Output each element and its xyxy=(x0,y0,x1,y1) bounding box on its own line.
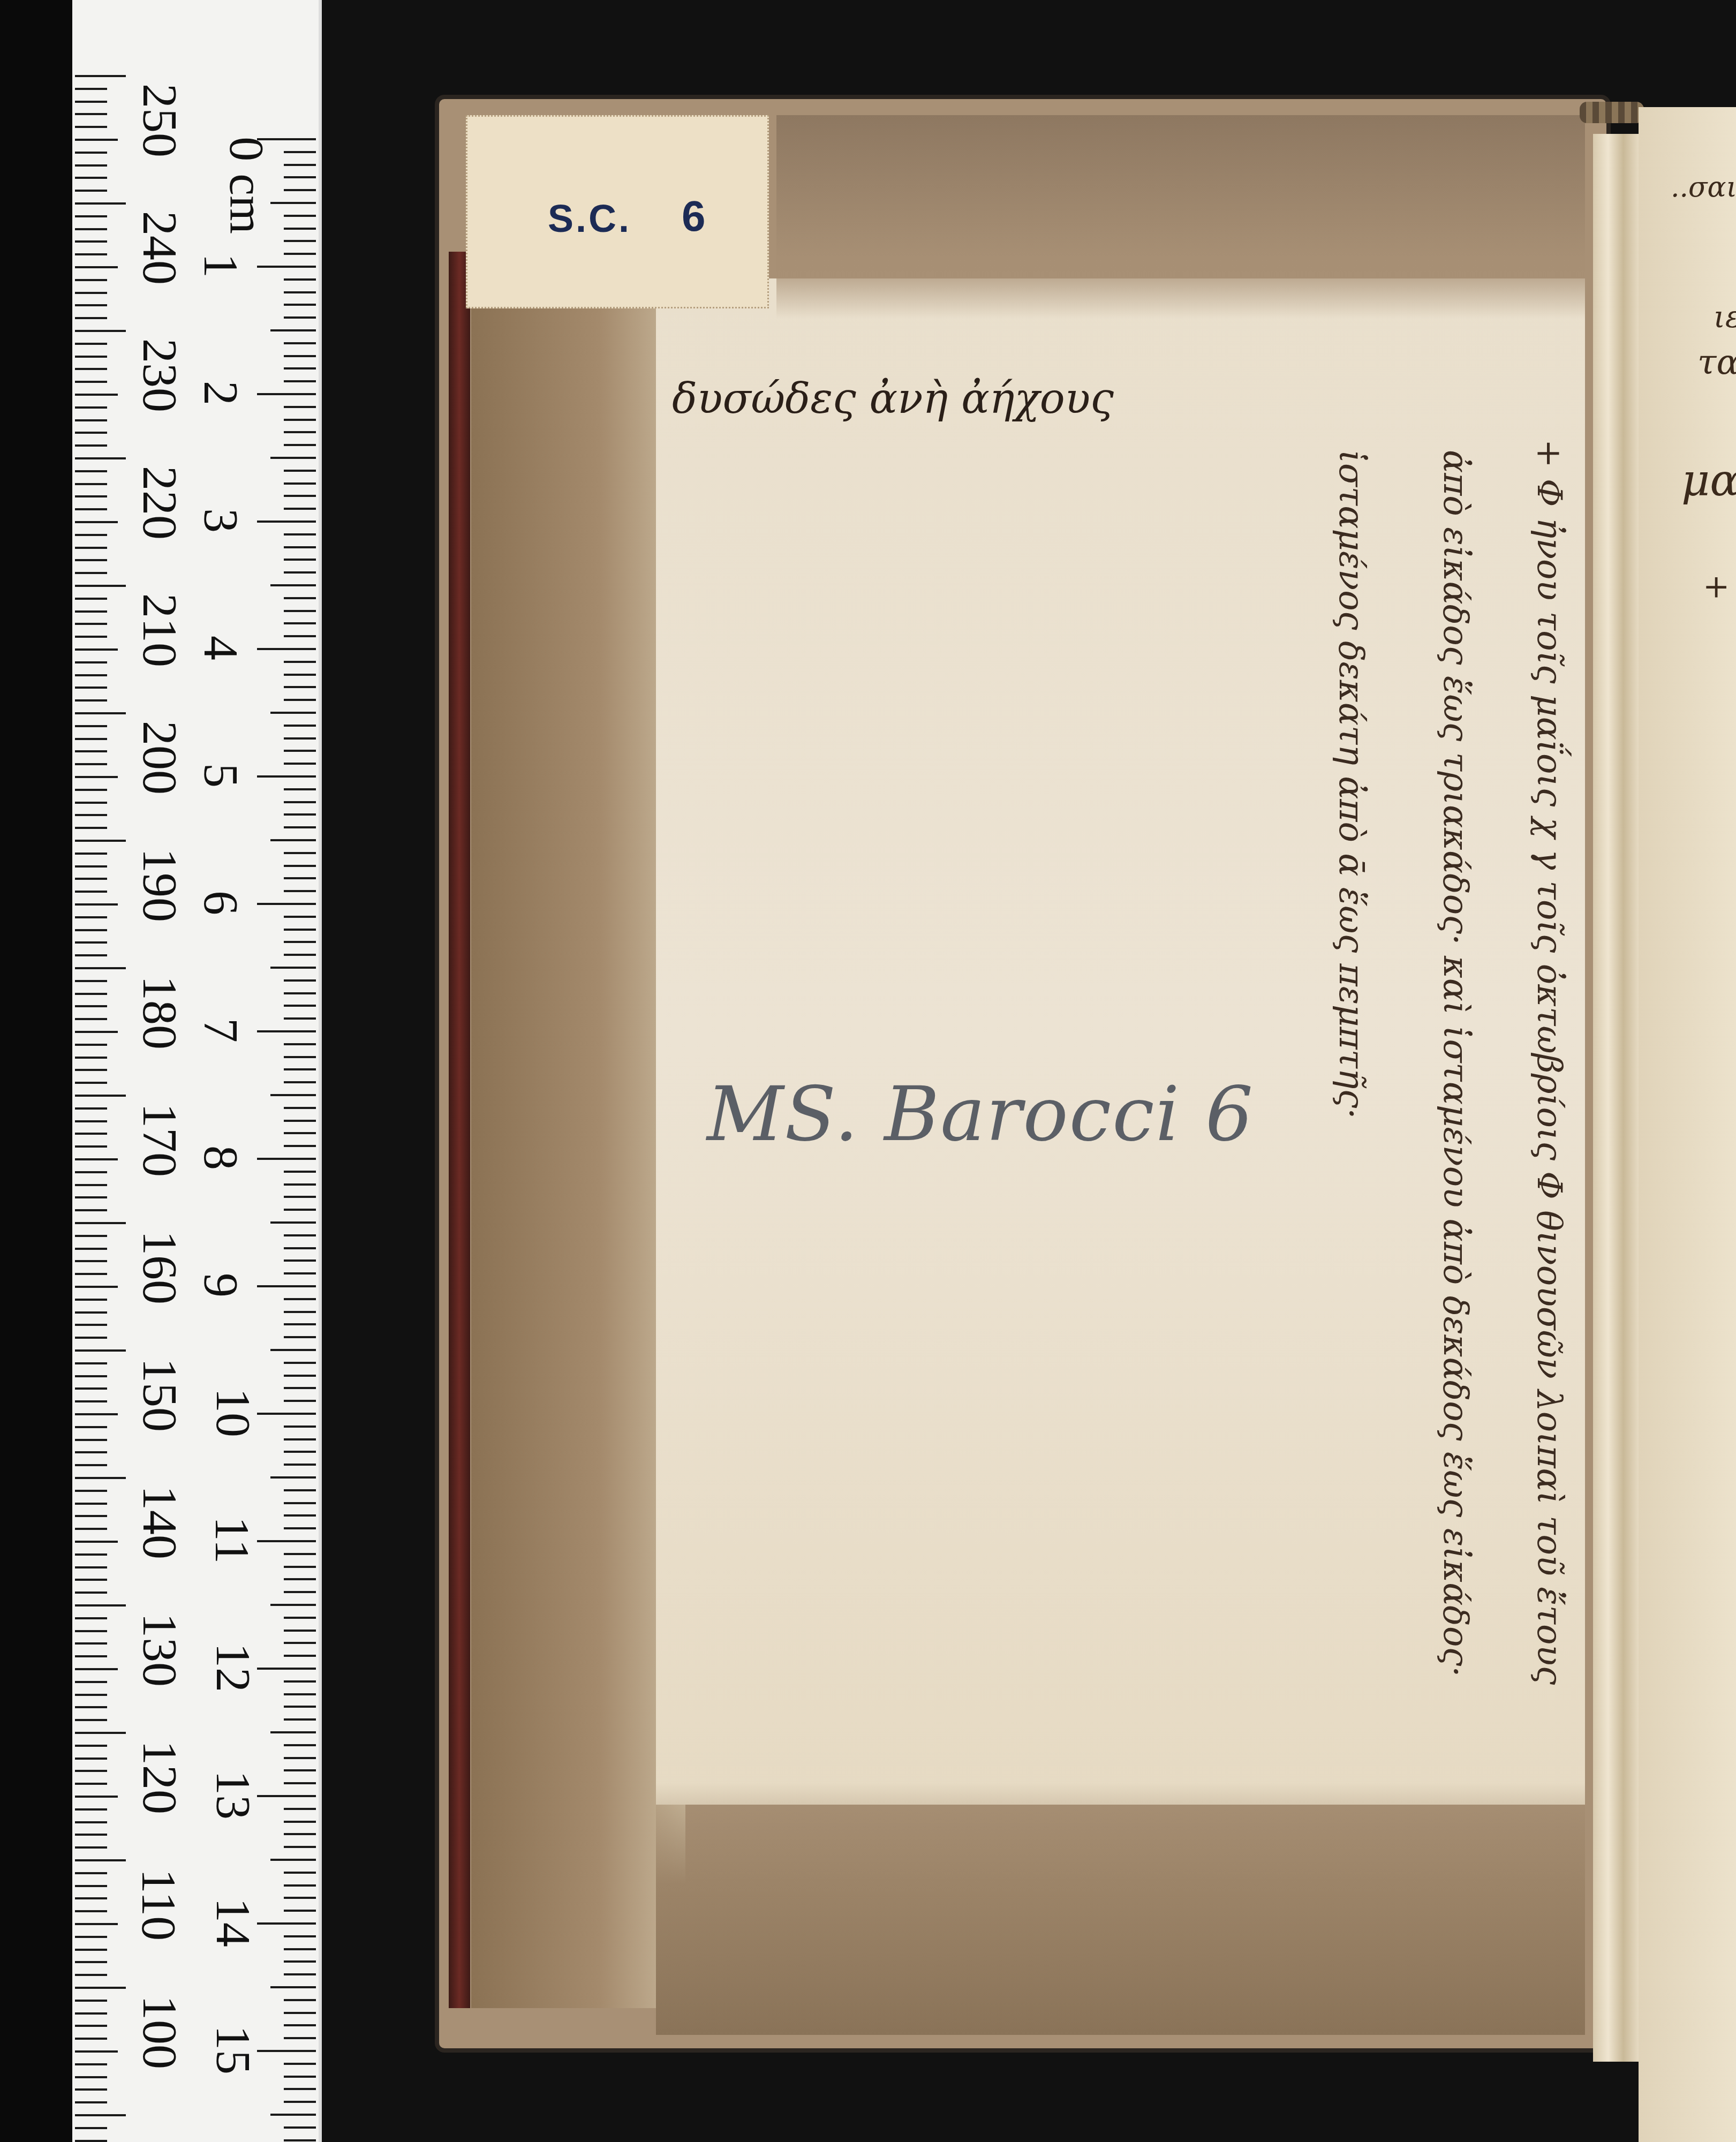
ruler-tick-mm-side xyxy=(75,699,107,702)
ruler-tick-cm-side xyxy=(284,852,316,854)
ruler-tick-mm-side xyxy=(75,1095,126,1097)
ruler-tick-cm-side xyxy=(257,1795,316,1797)
ruler-tick-cm-side xyxy=(284,1948,316,1950)
ruler-tick-mm-side xyxy=(75,1324,107,1326)
ruler-tick-mm-side xyxy=(75,1808,107,1811)
facing-fragment-5: + xyxy=(1703,568,1730,605)
ruler-tick-cm-side xyxy=(284,1336,316,1338)
ruler-mm-label: 130 xyxy=(135,1613,185,1687)
ruler-tick-mm-side xyxy=(75,1617,107,1619)
ruler-mm-label: 210 xyxy=(135,593,185,667)
ruler-tick-cm-side xyxy=(284,954,316,956)
ruler-tick-mm-side xyxy=(75,240,107,243)
ruler-tick-cm-side xyxy=(284,1017,316,1020)
ruler-tick-mm-side xyxy=(75,1209,107,1211)
ruler-tick-mm-side xyxy=(75,432,107,434)
ruler-tick-mm-side xyxy=(75,2088,107,2091)
ruler-tick-cm-side xyxy=(284,699,316,701)
background-left xyxy=(0,0,72,2142)
ruler-tick-cm-side xyxy=(284,2037,316,2039)
ruler-tick-mm-side xyxy=(75,483,107,485)
ruler-tick-cm-side xyxy=(284,1298,316,1300)
ruler-tick-cm-side xyxy=(270,1221,316,1224)
ruler-tick-mm-side xyxy=(75,1541,118,1543)
ruler-tick-mm-side xyxy=(75,292,107,294)
ruler-tick-mm-side xyxy=(75,891,107,893)
ruler-tick-mm-side xyxy=(75,1375,107,1377)
ruler-tick-mm-side xyxy=(75,1387,107,1390)
ruler-cm-label: 2 xyxy=(197,381,246,405)
ruler-unit-label: 0 cm xyxy=(222,137,271,233)
ruler-tick-cm-side xyxy=(284,278,316,281)
ruler-tick-mm-side xyxy=(75,827,107,829)
ruler-tick-mm-side xyxy=(75,1694,107,1696)
ruler-tick-mm-side xyxy=(75,75,126,77)
ruler-tick-mm-side xyxy=(75,1400,107,1402)
ruler-tick-cm-side xyxy=(284,164,316,166)
ruler-tick-mm-side xyxy=(75,1158,118,1160)
spine-gutter xyxy=(1593,134,1639,2062)
ruler-tick-cm-side xyxy=(284,1884,316,1887)
ruler-tick-mm-side xyxy=(75,1184,107,1186)
ruler-tick-mm-side xyxy=(75,980,107,982)
ruler-tick-cm-side xyxy=(270,457,316,459)
ruler-tick-mm-side xyxy=(75,1451,107,1453)
ruler-tick-mm-side xyxy=(75,1706,107,1708)
ruler-cm-label: 8 xyxy=(197,1145,246,1170)
ruler-tick-mm-side xyxy=(75,1961,107,1963)
ruler-tick-cm-side xyxy=(270,839,316,841)
ruler-tick-cm-side xyxy=(270,1476,316,1479)
ruler-tick-cm-side xyxy=(284,725,316,727)
ruler-tick-cm-side xyxy=(257,138,316,140)
vertical-note-line-3: ἱσταμένος δεκάτη ἀπὸ ᾱ ἕως πεμπτῆς· xyxy=(1331,450,1371,1119)
ruler-tick-cm-side xyxy=(284,1655,316,1657)
ruler-tick-mm-side xyxy=(75,521,118,523)
ruler-cm-label: 4 xyxy=(197,636,246,660)
ruler-tick-mm-side xyxy=(75,1133,107,1135)
ruler-cm-label: 13 xyxy=(209,1770,258,1820)
ruler-tick-mm-side xyxy=(75,394,118,396)
ruler-tick-cm-side xyxy=(284,737,316,740)
ruler-cm-label: 6 xyxy=(197,891,246,915)
ruler-tick-cm-side xyxy=(284,929,316,931)
ruler-tick-cm-side xyxy=(284,763,316,765)
ruler-tick-mm-side xyxy=(75,636,107,638)
ruler-tick-cm-side xyxy=(284,1171,316,1173)
ruler-tick-cm-side xyxy=(284,865,316,867)
ruler-tick-mm-side xyxy=(75,1872,107,1874)
ruler-tick-cm-side xyxy=(284,1005,316,1007)
ruler-tick-cm-side xyxy=(284,1323,316,1325)
ruler-tick-cm-side xyxy=(257,1413,316,1415)
ruler-cm-label: 12 xyxy=(209,1643,258,1692)
ruler-tick-mm-side xyxy=(75,916,107,918)
ruler-tick-cm-side xyxy=(284,1872,316,1874)
ruler-tick-cm-side xyxy=(284,610,316,612)
ruler-tick-mm-side xyxy=(75,1923,118,1925)
ruler-tick-cm-side xyxy=(257,1540,316,1542)
ruler-tick-cm-side xyxy=(284,1056,316,1058)
ruler-tick-mm-side xyxy=(75,253,107,255)
ruler-tick-cm-side xyxy=(284,1833,316,1835)
ruler-tick-mm-side xyxy=(75,495,107,497)
ruler-tick-cm-side xyxy=(284,151,316,153)
ruler-tick-cm-side xyxy=(284,1145,316,1147)
ruler-cm-label: 7 xyxy=(197,1018,246,1043)
ruler-tick-cm-side xyxy=(284,189,316,191)
ruler-tick-mm-side xyxy=(75,1120,107,1122)
ruler-tick-cm-side xyxy=(270,1349,316,1351)
ruler-tick-mm-side xyxy=(75,317,107,319)
ruler-tick-cm-side xyxy=(284,1630,316,1632)
ruler-tick-cm-side xyxy=(257,903,316,905)
ruler-mm-label: 250 xyxy=(135,84,185,157)
ruler-tick-mm-side xyxy=(75,1579,107,1581)
ruler-tick-cm-side xyxy=(284,1578,316,1580)
ruler-tick-cm-side xyxy=(284,355,316,357)
ruler-tick-cm-side xyxy=(284,482,316,485)
ruler-tick-cm-side xyxy=(284,1375,316,1377)
ruler-tick-cm-side xyxy=(284,992,316,994)
ruler-tick-mm-side xyxy=(75,101,107,103)
ruler-tick-mm-side xyxy=(75,674,107,676)
ruler-mm-label: 200 xyxy=(135,721,185,795)
water-stain-bottom xyxy=(656,1783,1585,2035)
ruler-tick-mm-side xyxy=(75,1426,107,1428)
ruler-tick-cm-side xyxy=(284,890,316,892)
shelf-label-prefix: S.C. xyxy=(548,197,631,241)
ruler-tick-cm-side xyxy=(284,750,316,752)
ruler-tick-cm-side xyxy=(284,1693,316,1695)
pencil-shelfmark: MS. Barocci 6 xyxy=(707,1071,1254,1158)
ruler-tick-cm-side xyxy=(284,1514,316,1517)
ruler-tick-mm-side xyxy=(75,623,107,625)
ruler-tick-cm-side xyxy=(284,1362,316,1364)
ruler-tick-cm-side xyxy=(270,1604,316,1606)
ruler-mm-label: 160 xyxy=(135,1231,185,1304)
vertical-note-line-1: + Φ ἠνου τοῖς μαΐοις χ γ τοῖς ὀκτωβρίοις… xyxy=(1529,439,1569,1685)
ruler-tick-cm-side xyxy=(284,1808,316,1810)
ruler-tick-cm-side xyxy=(257,521,316,523)
ruler-tick-mm-side xyxy=(75,1171,107,1173)
shelf-label: S.C. 6 xyxy=(466,115,769,308)
ruler-tick-cm-side xyxy=(284,2024,316,2026)
ruler-tick-cm-side xyxy=(284,2012,316,2014)
greek-inscription-top: δυσώδες ἀνὴ ἀήχους xyxy=(672,375,1114,423)
ruler-tick-mm-side xyxy=(75,113,107,115)
ruler-tick-mm-side xyxy=(75,1031,118,1033)
ruler-tick-mm-side xyxy=(75,1758,107,1760)
ruler-tick-mm-side xyxy=(75,330,126,332)
ruler-tick-mm-side xyxy=(75,738,107,740)
ruler-tick-mm-side xyxy=(75,865,107,868)
ruler-tick-mm-side xyxy=(75,1745,107,1747)
ruler-tick-mm-side xyxy=(75,1044,107,1046)
ruler-tick-cm-side xyxy=(284,2139,316,2141)
ruler-tick-mm-side xyxy=(75,814,107,816)
ruler-tick-cm-side xyxy=(270,1986,316,1988)
ruler-tick-cm-side xyxy=(284,2076,316,2078)
ruler-tick-cm-side xyxy=(284,1311,316,1313)
ruler-tick-mm-side xyxy=(75,572,107,574)
ruler-tick-mm-side xyxy=(75,406,107,409)
ruler-tick-mm-side xyxy=(75,853,107,855)
ruler-tick-cm-side xyxy=(284,979,316,982)
ruler-tick-mm-side xyxy=(75,1311,107,1314)
ruler-tick-mm-side xyxy=(75,2114,126,2116)
ruler-cm-label: 9 xyxy=(197,1273,246,1298)
red-board-edge xyxy=(449,252,470,2008)
measuring-ruler: 0 cm 12345678910111213141525024023022021… xyxy=(72,0,322,2142)
ruler-tick-mm-side xyxy=(75,1069,107,1071)
ruler-tick-cm-side xyxy=(284,1566,316,1568)
ruler-tick-cm-side xyxy=(284,1438,316,1440)
ruler-tick-mm-side xyxy=(75,802,107,804)
ruler-tick-mm-side xyxy=(75,941,107,944)
ruler-tick-cm-side xyxy=(284,1502,316,1504)
ruler-tick-mm-side xyxy=(75,2025,107,2027)
ruler-tick-mm-side xyxy=(75,1286,118,1288)
ruler-tick-cm-side xyxy=(284,291,316,293)
water-stain-left xyxy=(471,241,685,2008)
ruler-tick-mm-side xyxy=(75,1503,107,1505)
ruler-tick-cm-side xyxy=(284,495,316,497)
ruler-tick-mm-side xyxy=(75,1248,107,1250)
ruler-tick-cm-side xyxy=(284,826,316,828)
ruler-tick-mm-side xyxy=(75,1655,107,1657)
ruler-mm-label: 190 xyxy=(135,848,185,922)
ruler-tick-mm-side xyxy=(75,279,107,281)
facing-fragment-1: ..σαι.. xyxy=(1671,171,1736,203)
ruler-tick-cm-side xyxy=(284,1897,316,1899)
ruler-tick-mm-side xyxy=(75,1949,107,1951)
ruler-tick-mm-side xyxy=(75,190,107,192)
ruler-mm-label: 140 xyxy=(135,1485,185,1559)
ruler-tick-mm-side xyxy=(75,139,118,141)
ruler-tick-cm-side xyxy=(257,2050,316,2052)
ruler-tick-cm-side xyxy=(284,1259,316,1262)
ruler-tick-mm-side xyxy=(75,1005,107,1007)
ruler-tick-mm-side xyxy=(75,1349,126,1352)
ruler-tick-cm-side xyxy=(284,176,316,178)
ruler-tick-mm-side xyxy=(75,2076,107,2078)
ruler-tick-cm-side xyxy=(284,1617,316,1619)
ruler-tick-mm-side xyxy=(75,1145,107,1148)
ruler-tick-mm-side xyxy=(75,1783,107,1785)
ruler-tick-mm-side xyxy=(75,1834,107,1836)
ruler-tick-mm-side xyxy=(75,1235,107,1237)
ruler-tick-mm-side xyxy=(75,1719,107,1721)
facing-page: ..σαι.. ιε τα ε μαρδ + xyxy=(1639,107,1736,2142)
ruler-tick-mm-side xyxy=(75,202,126,205)
ruler-tick-mm-side xyxy=(75,1630,107,1632)
ruler-mm-label: 240 xyxy=(135,211,185,285)
ruler-tick-mm-side xyxy=(75,598,107,600)
ruler-tick-mm-side xyxy=(75,1770,107,1772)
ruler-tick-mm-side xyxy=(75,1018,107,1020)
ruler-tick-mm-side xyxy=(75,343,107,345)
ruler-tick-mm-side xyxy=(75,2012,107,2015)
ruler-tick-cm-side xyxy=(284,546,316,548)
ruler-tick-mm-side xyxy=(75,1490,107,1492)
ruler-tick-cm-side xyxy=(284,1935,316,1937)
ruler-tick-cm-side xyxy=(284,1107,316,1109)
ruler-tick-cm-side xyxy=(284,1043,316,1045)
ruler-tick-cm-side xyxy=(257,648,316,650)
ruler-tick-mm-side xyxy=(75,1057,107,1059)
ruler-tick-cm-side xyxy=(270,1731,316,1733)
shelf-label-number: 6 xyxy=(682,192,706,241)
ruler-tick-cm-side xyxy=(257,393,316,395)
ruler-tick-mm-side xyxy=(75,1642,107,1645)
ruler-tick-cm-side xyxy=(284,508,316,510)
ruler-tick-mm-side xyxy=(75,1439,107,1441)
ruler-tick-cm-side xyxy=(284,240,316,242)
ruler-tick-mm-side xyxy=(75,508,107,510)
ruler-tick-cm-side xyxy=(284,1400,316,1402)
ruler-tick-mm-side xyxy=(75,1362,107,1364)
facing-fragment-2: ιε xyxy=(1714,300,1736,335)
ruler-tick-cm-side xyxy=(284,1068,316,1070)
ruler-tick-cm-side xyxy=(284,1757,316,1759)
ruler-tick-cm-side xyxy=(284,316,316,319)
ruler-cm-label: 3 xyxy=(197,508,246,533)
ruler-tick-cm-side xyxy=(284,661,316,663)
ruler-tick-cm-side xyxy=(284,1642,316,1644)
ruler-tick-mm-side xyxy=(75,2050,118,2053)
ruler-tick-mm-side xyxy=(75,1936,107,1938)
ruler-tick-cm-side xyxy=(284,941,316,943)
facing-fragment-3: τα ε xyxy=(1697,343,1736,382)
ruler-tick-cm-side xyxy=(270,1859,316,1861)
ruler-tick-mm-side xyxy=(75,1897,107,1899)
ruler-tick-mm-side xyxy=(75,266,118,268)
ruler-tick-mm-side xyxy=(75,444,107,447)
ruler-tick-mm-side xyxy=(75,2101,107,2103)
ruler-tick-mm-side xyxy=(75,1859,126,1861)
ruler-tick-mm-side xyxy=(75,2063,107,2065)
ruler-tick-cm-side xyxy=(270,329,316,331)
ruler-tick-cm-side xyxy=(284,2063,316,2065)
ruler-tick-mm-side xyxy=(75,993,107,995)
ruler-mm-label: 110 xyxy=(134,1869,184,1941)
ruler-tick-mm-side xyxy=(75,215,107,217)
ruler-tick-cm-side xyxy=(284,342,316,344)
ruler-tick-mm-side xyxy=(75,381,107,383)
ruler-tick-cm-side xyxy=(284,380,316,382)
ruler-tick-mm-side xyxy=(75,1477,126,1479)
ruler-tick-cm-side xyxy=(257,1922,316,1925)
ruler-tick-mm-side xyxy=(75,648,118,651)
ruler-tick-cm-side xyxy=(284,559,316,561)
ruler-tick-cm-side xyxy=(284,1846,316,1848)
ruler-tick-cm-side xyxy=(284,367,316,369)
ruler-cm-label: 1 xyxy=(197,253,246,278)
ruler-tick-cm-side xyxy=(284,1999,316,2001)
ruler-tick-mm-side xyxy=(75,2000,107,2002)
ruler-tick-mm-side xyxy=(75,1592,107,1594)
ruler-tick-cm-side xyxy=(284,622,316,624)
ruler-tick-mm-side xyxy=(75,2038,107,2040)
vertical-note-line-2: ἀπὸ εἰκάδος ἕως τριακάδος· καὶ ἱσταμένου… xyxy=(1436,450,1475,1677)
ruler-tick-mm-side xyxy=(75,1974,107,1976)
ruler-tick-cm-side xyxy=(284,1744,316,1746)
ruler-tick-mm-side xyxy=(75,304,107,306)
ruler-tick-cm-side xyxy=(284,1387,316,1389)
ruler-tick-cm-side xyxy=(270,1094,316,1096)
ruler-tick-cm-side xyxy=(284,686,316,688)
ruler-tick-cm-side xyxy=(284,1209,316,1211)
ruler-tick-mm-side xyxy=(75,840,126,842)
ruler-tick-cm-side xyxy=(284,801,316,803)
ruler-tick-mm-side xyxy=(75,559,107,561)
ruler-tick-mm-side xyxy=(75,2127,107,2129)
ruler-tick-cm-side xyxy=(284,674,316,676)
ruler-tick-cm-side xyxy=(270,967,316,969)
ruler-mm-label: 220 xyxy=(135,466,185,540)
ruler-tick-cm-side xyxy=(284,2088,316,2090)
ruler-tick-cm-side xyxy=(284,1183,316,1186)
ruler-tick-cm-side xyxy=(284,2126,316,2129)
ruler-tick-cm-side xyxy=(284,2101,316,2103)
headband xyxy=(1580,102,1644,123)
ruler-tick-mm-side xyxy=(75,1196,107,1198)
ruler-tick-mm-side xyxy=(75,789,107,791)
ruler-tick-cm-side xyxy=(284,533,316,535)
ruler-tick-cm-side xyxy=(284,1821,316,1823)
ruler-tick-cm-side xyxy=(284,1451,316,1453)
ruler-tick-mm-side xyxy=(75,585,126,587)
ruler-tick-mm-side xyxy=(75,1528,107,1530)
ruler-tick-mm-side xyxy=(75,368,107,370)
water-stain-top xyxy=(776,115,1585,319)
ruler-tick-cm-side xyxy=(284,1426,316,1428)
ruler-tick-mm-side xyxy=(75,1553,107,1556)
ruler-cm-label: 15 xyxy=(209,2025,258,2075)
ruler-tick-mm-side xyxy=(75,1987,126,1989)
ruler-tick-cm-side xyxy=(284,1553,316,1555)
ruler-mm-label: 150 xyxy=(135,1358,185,1432)
ruler-tick-cm-side xyxy=(284,788,316,790)
ruler-tick-cm-side xyxy=(257,1030,316,1032)
ruler-tick-mm-side xyxy=(75,763,107,765)
ruler-tick-cm-side xyxy=(284,1706,316,1708)
facing-fragment-4: μαρδ xyxy=(1681,455,1736,506)
ruler-tick-mm-side xyxy=(75,1515,107,1517)
ruler-tick-cm-side xyxy=(284,1769,316,1771)
ruler-tick-mm-side xyxy=(75,177,107,179)
ruler-tick-mm-side xyxy=(75,967,126,969)
ruler-tick-mm-side xyxy=(75,1885,107,1887)
ruler-mm-label: 170 xyxy=(135,1103,185,1177)
ruler-tick-mm-side xyxy=(75,661,107,663)
ruler-tick-cm-side xyxy=(284,1234,316,1236)
ruler-tick-cm-side xyxy=(284,406,316,408)
ruler-tick-mm-side xyxy=(75,903,118,906)
ruler-tick-cm-side xyxy=(284,253,316,255)
ruler-cm-label: 5 xyxy=(197,763,246,788)
ruler-tick-mm-side xyxy=(75,1337,107,1339)
ruler-tick-mm-side xyxy=(75,1222,126,1224)
ruler-tick-cm-side xyxy=(284,444,316,446)
ruler-tick-mm-side xyxy=(75,88,107,90)
ruler-tick-mm-side xyxy=(75,1413,118,1415)
ruler-tick-cm-side xyxy=(284,571,316,574)
ruler-tick-cm-side xyxy=(270,712,316,714)
ruler-tick-mm-side xyxy=(75,750,107,752)
ruler-tick-cm-side xyxy=(257,1668,316,1670)
